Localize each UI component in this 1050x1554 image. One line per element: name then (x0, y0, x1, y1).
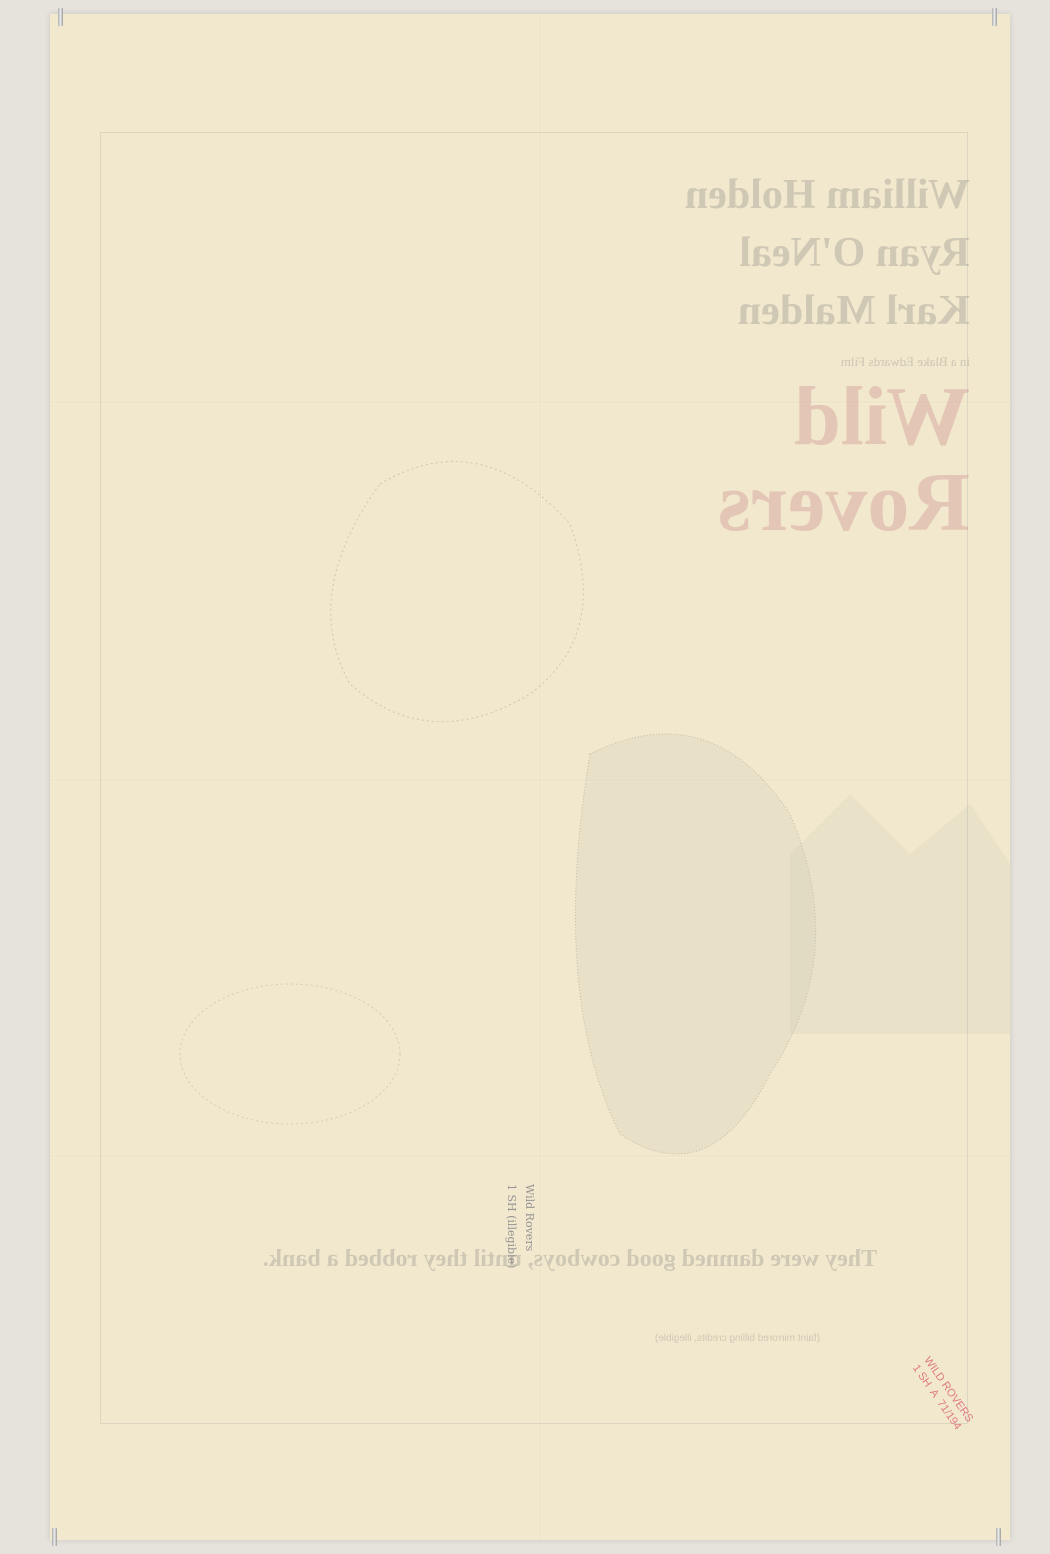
poster-back: William Holden Ryan O'Neal Karl Malden i… (50, 14, 1010, 1540)
credit-line-showthrough: in a Blake Edwards Film (510, 354, 970, 370)
billing-line: (faint mirrored billing credits, illegib… (140, 1332, 820, 1346)
hanging-clip (52, 1528, 57, 1546)
cast-3: Karl Malden (510, 282, 970, 340)
cast-1: William Holden (510, 166, 970, 224)
hanging-clip (992, 8, 997, 26)
hanging-clip (58, 8, 63, 26)
handwritten-note: Wild Rovers 1 SH (illegible) (502, 1184, 538, 1268)
artwork-showthrough (150, 434, 1020, 1234)
cast-names-showthrough: William Holden Ryan O'Neal Karl Malden (510, 166, 970, 340)
hanging-clip (996, 1528, 1001, 1546)
billing-block-showthrough: (faint mirrored billing credits, illegib… (140, 1332, 820, 1346)
tagline-showthrough: They were damned good cowboys, until the… (130, 1246, 1010, 1273)
cast-2: Ryan O'Neal (510, 224, 970, 282)
